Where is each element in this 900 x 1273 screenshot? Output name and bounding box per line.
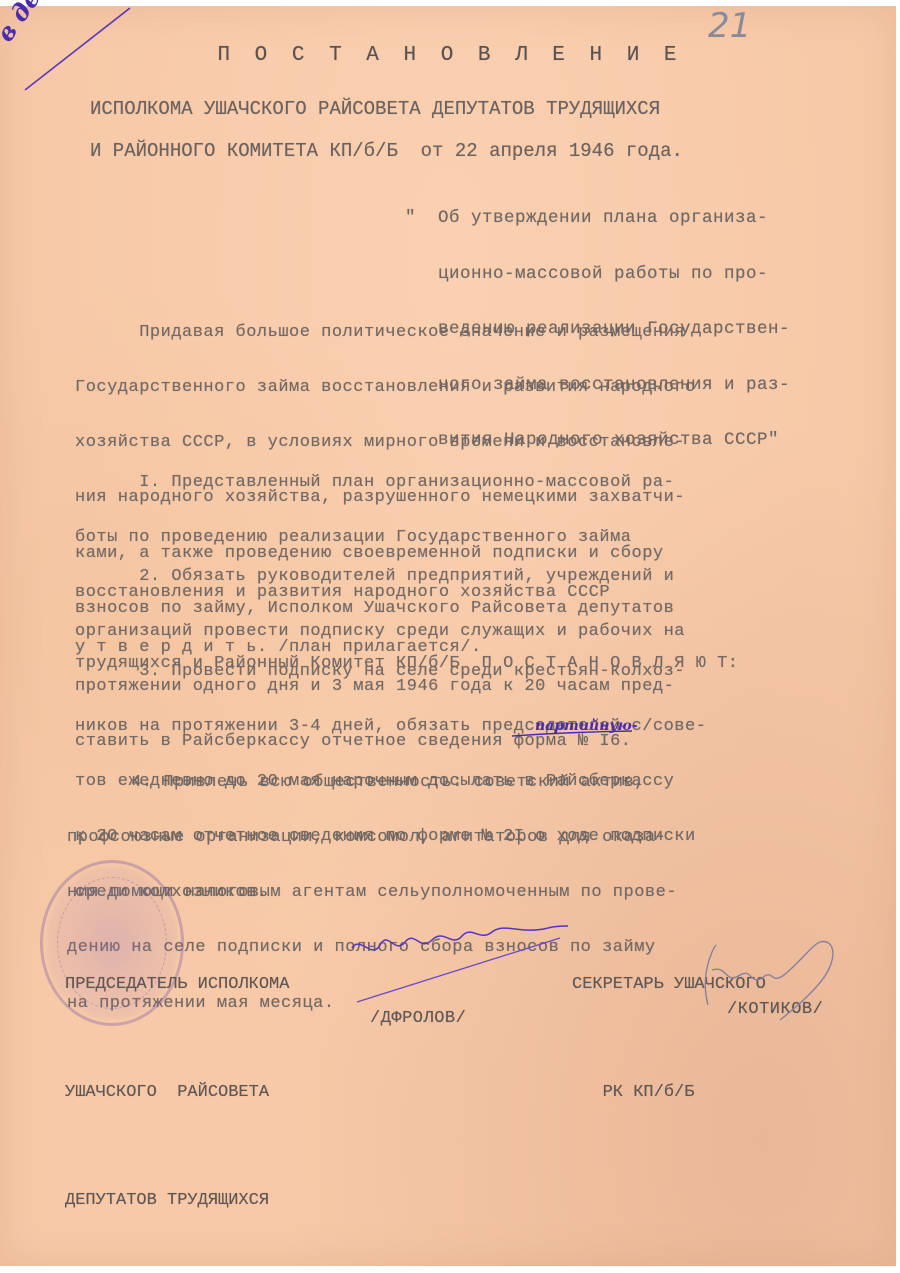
handwriting-overlay — [0, 0, 900, 1273]
corner-strike-line — [25, 8, 130, 90]
secretary-signature-icon — [705, 942, 833, 1020]
chairman-signature-icon — [352, 926, 568, 1002]
insertion-underline — [512, 731, 632, 736]
